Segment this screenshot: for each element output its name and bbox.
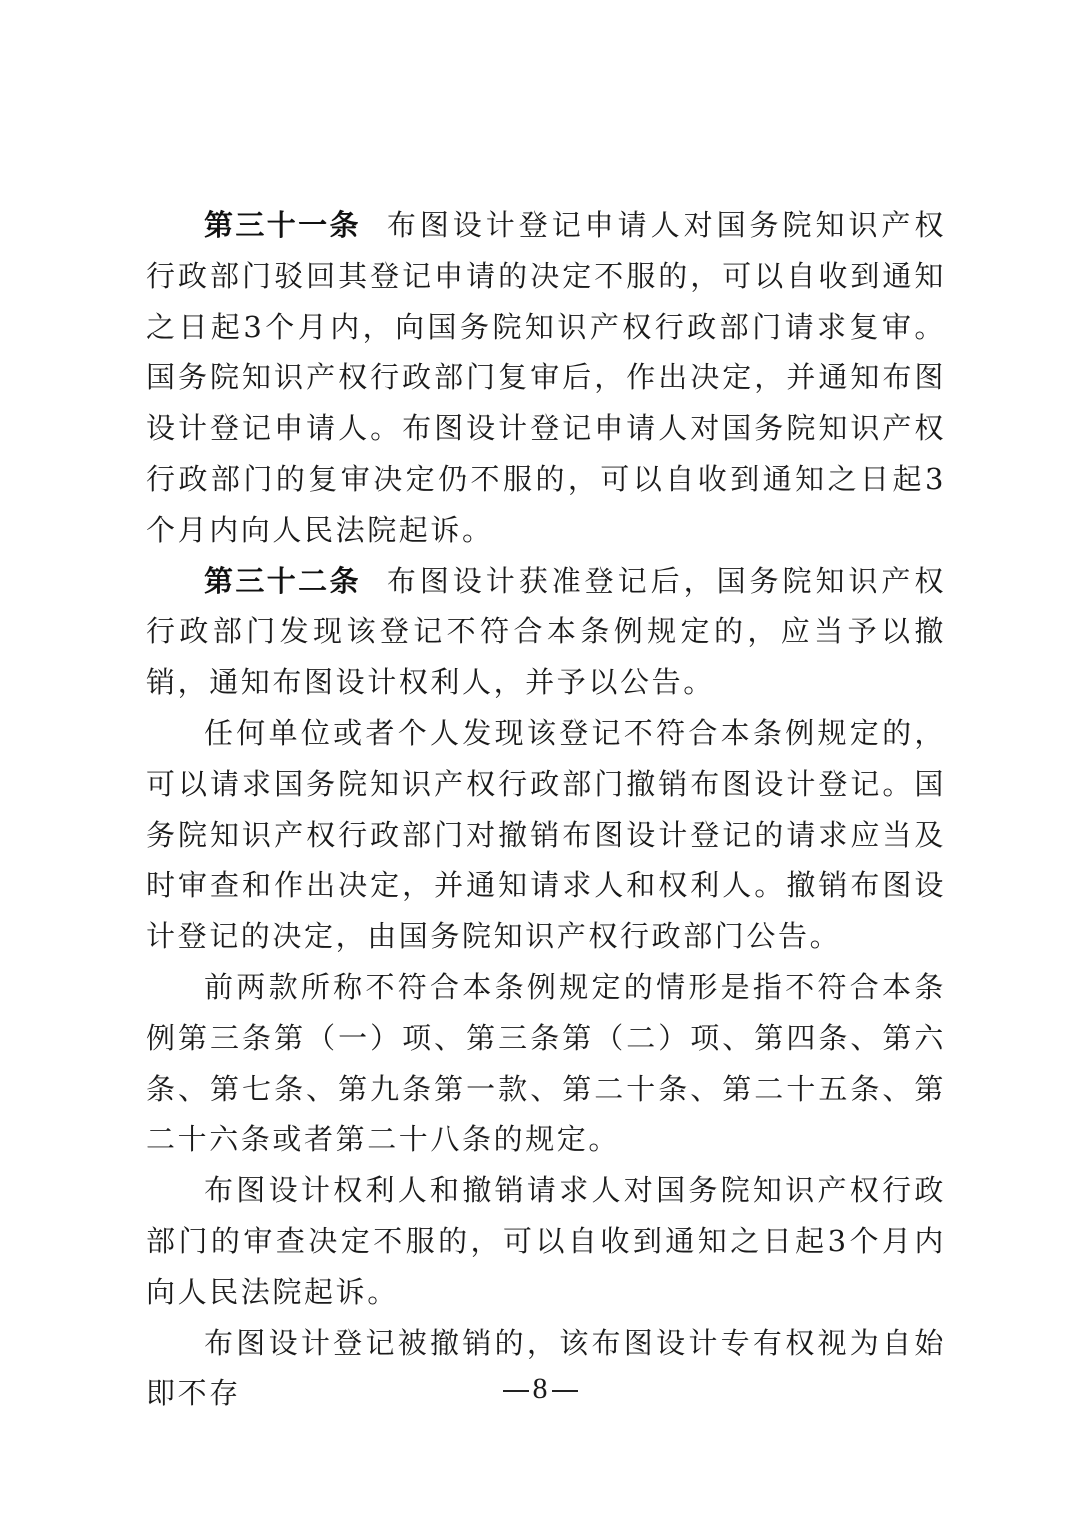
page-number: 8 [533,1372,548,1405]
paragraph-text: 布图设计登记申请人对国务院知识产权行政部门驳回其登记申请的决定不服的，可以自收到… [146,208,946,547]
paragraph-text: 布图设计权利人和撤销请求人对国务院知识产权行政部门的审查决定不服的，可以自收到通… [146,1173,946,1309]
footer-dash-right [552,1390,578,1392]
article-number: 第三十二条 [204,564,361,598]
article-32-paragraph: 第三十二条布图设计获准登记后，国务院知识产权行政部门发现该登记不符合本条例规定的… [146,556,946,708]
footer-dash-left [503,1390,529,1392]
paragraph-text: 任何单位或者个人发现该登记不符合本条例规定的，可以请求国务院知识产权行政部门撤销… [146,716,946,953]
document-body: 第三十一条布图设计登记申请人对国务院知识产权行政部门驳回其登记申请的决定不服的，… [146,200,946,1419]
article-31-paragraph: 第三十一条布图设计登记申请人对国务院知识产权行政部门驳回其登记申请的决定不服的，… [146,200,946,556]
paragraph: 前两款所称不符合本条例规定的情形是指不符合本条例第三条第（一）项、第三条第（二）… [146,962,946,1165]
article-number: 第三十一条 [204,208,361,242]
paragraph-text: 前两款所称不符合本条例规定的情形是指不符合本条例第三条第（一）项、第三条第（二）… [146,970,946,1156]
document-page: 第三十一条布图设计登记申请人对国务院知识产权行政部门驳回其登记申请的决定不服的，… [0,0,1080,1527]
page-footer: 8 [0,1372,1080,1406]
paragraph: 布图设计权利人和撤销请求人对国务院知识产权行政部门的审查决定不服的，可以自收到通… [146,1165,946,1317]
paragraph: 任何单位或者个人发现该登记不符合本条例规定的，可以请求国务院知识产权行政部门撤销… [146,708,946,962]
